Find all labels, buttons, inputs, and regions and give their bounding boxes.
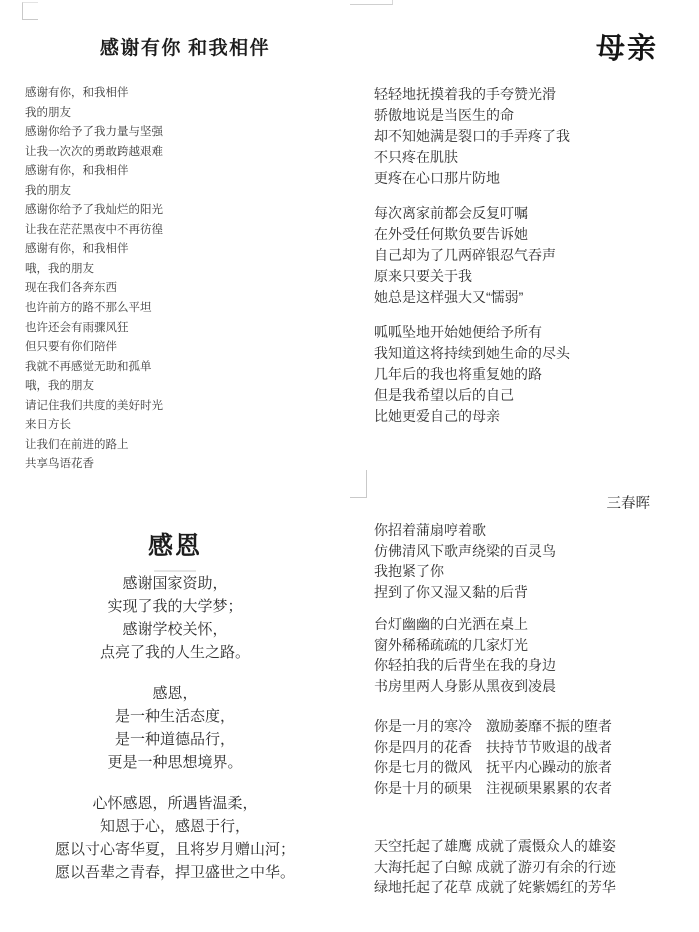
- poem-line: 你是十月的硕果 注视硕果累累的农者: [374, 778, 658, 799]
- poem-line: 几年后的我也将重复她的路: [374, 364, 658, 385]
- poem-line: 仿佛清风下歌声绕梁的百灵鸟: [374, 541, 658, 562]
- poem-line: 你招着蒲扇哼着歌: [374, 520, 658, 541]
- poem-title-gratitude: 感恩: [10, 530, 340, 562]
- poem-line: 不只疼在肌肤: [374, 147, 658, 168]
- poem-line: 更是一种思想境界。: [10, 751, 340, 774]
- poem-stanza: 轻轻地抚摸着我的手夸赞光滑骄傲地说是当医生的命却不知她满是裂口的手弄疼了我不只疼…: [374, 84, 658, 189]
- poem-line: 大海托起了白鲸 成就了游刃有余的行迹: [374, 857, 658, 878]
- poem-line: 但是我希望以后的自己: [374, 385, 658, 406]
- poem-line: 感谢学校关怀，: [10, 618, 340, 641]
- poem-line: 但只要有你们陪伴: [25, 338, 345, 358]
- poem-stanza: 你招着蒲扇哼着歌仿佛清风下歌声绕梁的百灵鸟我抱紧了你捏到了你又湿又黏的后背: [374, 520, 658, 602]
- poem-section-mother: 母亲 轻轻地抚摸着我的手夸赞光滑骄傲地说是当医生的命却不知她满是裂口的手弄疼了我…: [374, 30, 658, 427]
- poem-line: 让我们在前进的路上: [25, 436, 345, 456]
- poem-line: 骄傲地说是当医生的命: [374, 105, 658, 126]
- poem-stanza: 你是一月的寒冷 激励萎靡不振的堕者你是四月的花香 扶持节节败退的战者你是七月的微…: [374, 716, 658, 798]
- page-corner-mark-top-left: [22, 2, 38, 20]
- poem-line: 你是七月的微风 抚平内心躁动的旅者: [374, 757, 658, 778]
- poem-line: 感谢有你，和我相伴: [25, 240, 345, 260]
- poem-stanza: 呱呱坠地开始她便给予所有我知道这将持续到她生命的尽头几年后的我也将重复她的路但是…: [374, 322, 658, 427]
- poem-line: 请记住我们共度的美好时光: [25, 397, 345, 417]
- page-corner-mark-second-page: [350, 470, 367, 498]
- poem-line: 在外受任何欺负要告诉她: [374, 224, 658, 245]
- poem-section-thanks: 感谢有你 和我相伴 感谢有你，和我相伴我的朋友感谢你给予了我力量与坚强让我一次次…: [25, 36, 345, 475]
- poem-line: 点亮了我的人生之路。: [10, 641, 340, 664]
- poem-line: 实现了我的大学梦；: [10, 595, 340, 618]
- poem-line: 来日方长: [25, 416, 345, 436]
- poem-title-mother: 母亲: [374, 30, 658, 68]
- poem-line: 感谢有你，和我相伴: [25, 84, 345, 104]
- poem-line: 感谢你给予了我力量与坚强: [25, 123, 345, 143]
- poem-line: 是一种道德品行，: [10, 728, 340, 751]
- poem-stanza: 天空托起了雄鹰 成就了震慑众人的雄姿大海托起了白鲸 成就了游刃有余的行迹绿地托起…: [374, 836, 658, 898]
- poem-line: 呱呱坠地开始她便给予所有: [374, 322, 658, 343]
- poem-line: 更疼在心口那片防地: [374, 168, 658, 189]
- poem-line: 绿地托起了花草 成就了姹紫嫣红的芳华: [374, 877, 658, 898]
- poem-section-gratitude: 感恩 感谢国家资助，实现了我的大学梦；感谢学校关怀，点亮了我的人生之路。 感恩，…: [10, 530, 340, 884]
- poem-line: 轻轻地抚摸着我的手夸赞光滑: [374, 84, 658, 105]
- poem-line: 捏到了你又湿又黏的后背: [374, 582, 658, 603]
- poem-line: 心怀感恩，所遇皆温柔，: [10, 792, 340, 815]
- poem-line: 你是四月的花香 扶持节节败退的战者: [374, 737, 658, 758]
- poem-line: 让我一次次的勇敢跨越艰难: [25, 143, 345, 163]
- page-corner-mark-top-right: [350, 0, 393, 5]
- poem-line: 哦，我的朋友: [25, 260, 345, 280]
- poem-stanza: 心怀感恩，所遇皆温柔，知恩于心，感恩于行，愿以寸心寄华夏，且将岁月赠山河；愿以吾…: [10, 792, 340, 884]
- poem-body-sanchunhui: 你招着蒲扇哼着歌仿佛清风下歌声绕梁的百灵鸟我抱紧了你捏到了你又湿又黏的后背 台灯…: [374, 520, 658, 898]
- poem-stanza: 感谢国家资助，实现了我的大学梦；感谢学校关怀，点亮了我的人生之路。: [10, 572, 340, 664]
- poem-line: 让我在茫茫黑夜中不再彷徨: [25, 221, 345, 241]
- poem-title-thanks: 感谢有你 和我相伴: [25, 36, 345, 62]
- poem-line: 天空托起了雄鹰 成就了震慑众人的雄姿: [374, 836, 658, 857]
- poem-line: 我的朋友: [25, 182, 345, 202]
- poem-line: 我的朋友: [25, 104, 345, 124]
- poem-line: 你轻拍我的后背坐在我的身边: [374, 655, 658, 676]
- poem-line: 愿以寸心寄华夏，且将岁月赠山河；: [10, 838, 340, 861]
- poem-stanza: 每次离家前都会反复叮嘱在外受任何欺负要告诉她自己却为了几两碎银忍气吞声原来只要关…: [374, 203, 658, 308]
- poem-line: 我知道这将持续到她生命的尽头: [374, 343, 658, 364]
- poem-line: 却不知她满是裂口的手弄疼了我: [374, 126, 658, 147]
- poem-title-sanchunhui: 三春晖: [374, 494, 658, 514]
- poem-line: 也许还会有雨骤风狂: [25, 319, 345, 339]
- poem-line: 感谢你给予了我灿烂的阳光: [25, 201, 345, 221]
- poem-line: 她总是这样强大又“懦弱”: [374, 287, 658, 308]
- poem-line: 共享鸟语花香: [25, 455, 345, 475]
- poem-line: 自己却为了几两碎银忍气吞声: [374, 245, 658, 266]
- poem-line: 我抱紧了你: [374, 561, 658, 582]
- poem-line: 感谢有你，和我相伴: [25, 162, 345, 182]
- poem-stanza: 感恩，是一种生活态度，是一种道德品行，更是一种思想境界。: [10, 682, 340, 774]
- poem-stanza: 台灯幽幽的白光洒在桌上窗外稀稀疏疏的几家灯光你轻拍我的后背坐在我的身边书房里两人…: [374, 614, 658, 696]
- poem-line: 台灯幽幽的白光洒在桌上: [374, 614, 658, 635]
- poem-line: 现在我们各奔东西: [25, 279, 345, 299]
- poem-section-sanchunhui: 三春晖 你招着蒲扇哼着歌仿佛清风下歌声绕梁的百灵鸟我抱紧了你捏到了你又湿又黏的后…: [374, 494, 658, 898]
- poem-line: 感恩，: [10, 682, 340, 705]
- poem-body-thanks: 感谢有你，和我相伴我的朋友感谢你给予了我力量与坚强让我一次次的勇敢跨越艰难感谢有…: [25, 84, 345, 475]
- poem-line: 书房里两人身影从黑夜到凌晨: [374, 676, 658, 697]
- poem-line: 也许前方的路不那么平坦: [25, 299, 345, 319]
- poem-line: 知恩于心，感恩于行，: [10, 815, 340, 838]
- poem-line: 是一种生活态度，: [10, 705, 340, 728]
- poem-line: 感谢国家资助，: [10, 572, 340, 595]
- poem-line: 你是一月的寒冷 激励萎靡不振的堕者: [374, 716, 658, 737]
- poem-line: 我就不再感觉无助和孤单: [25, 358, 345, 378]
- poem-line: 窗外稀稀疏疏的几家灯光: [374, 635, 658, 656]
- poem-line: 哦，我的朋友: [25, 377, 345, 397]
- poem-line: 愿以吾辈之青春，捍卫盛世之中华。: [10, 861, 340, 884]
- poem-body-mother: 轻轻地抚摸着我的手夸赞光滑骄傲地说是当医生的命却不知她满是裂口的手弄疼了我不只疼…: [374, 84, 658, 427]
- poem-line: 每次离家前都会反复叮嘱: [374, 203, 658, 224]
- poem-line: 原来只要关于我: [374, 266, 658, 287]
- poem-line: 比她更爱自己的母亲: [374, 406, 658, 427]
